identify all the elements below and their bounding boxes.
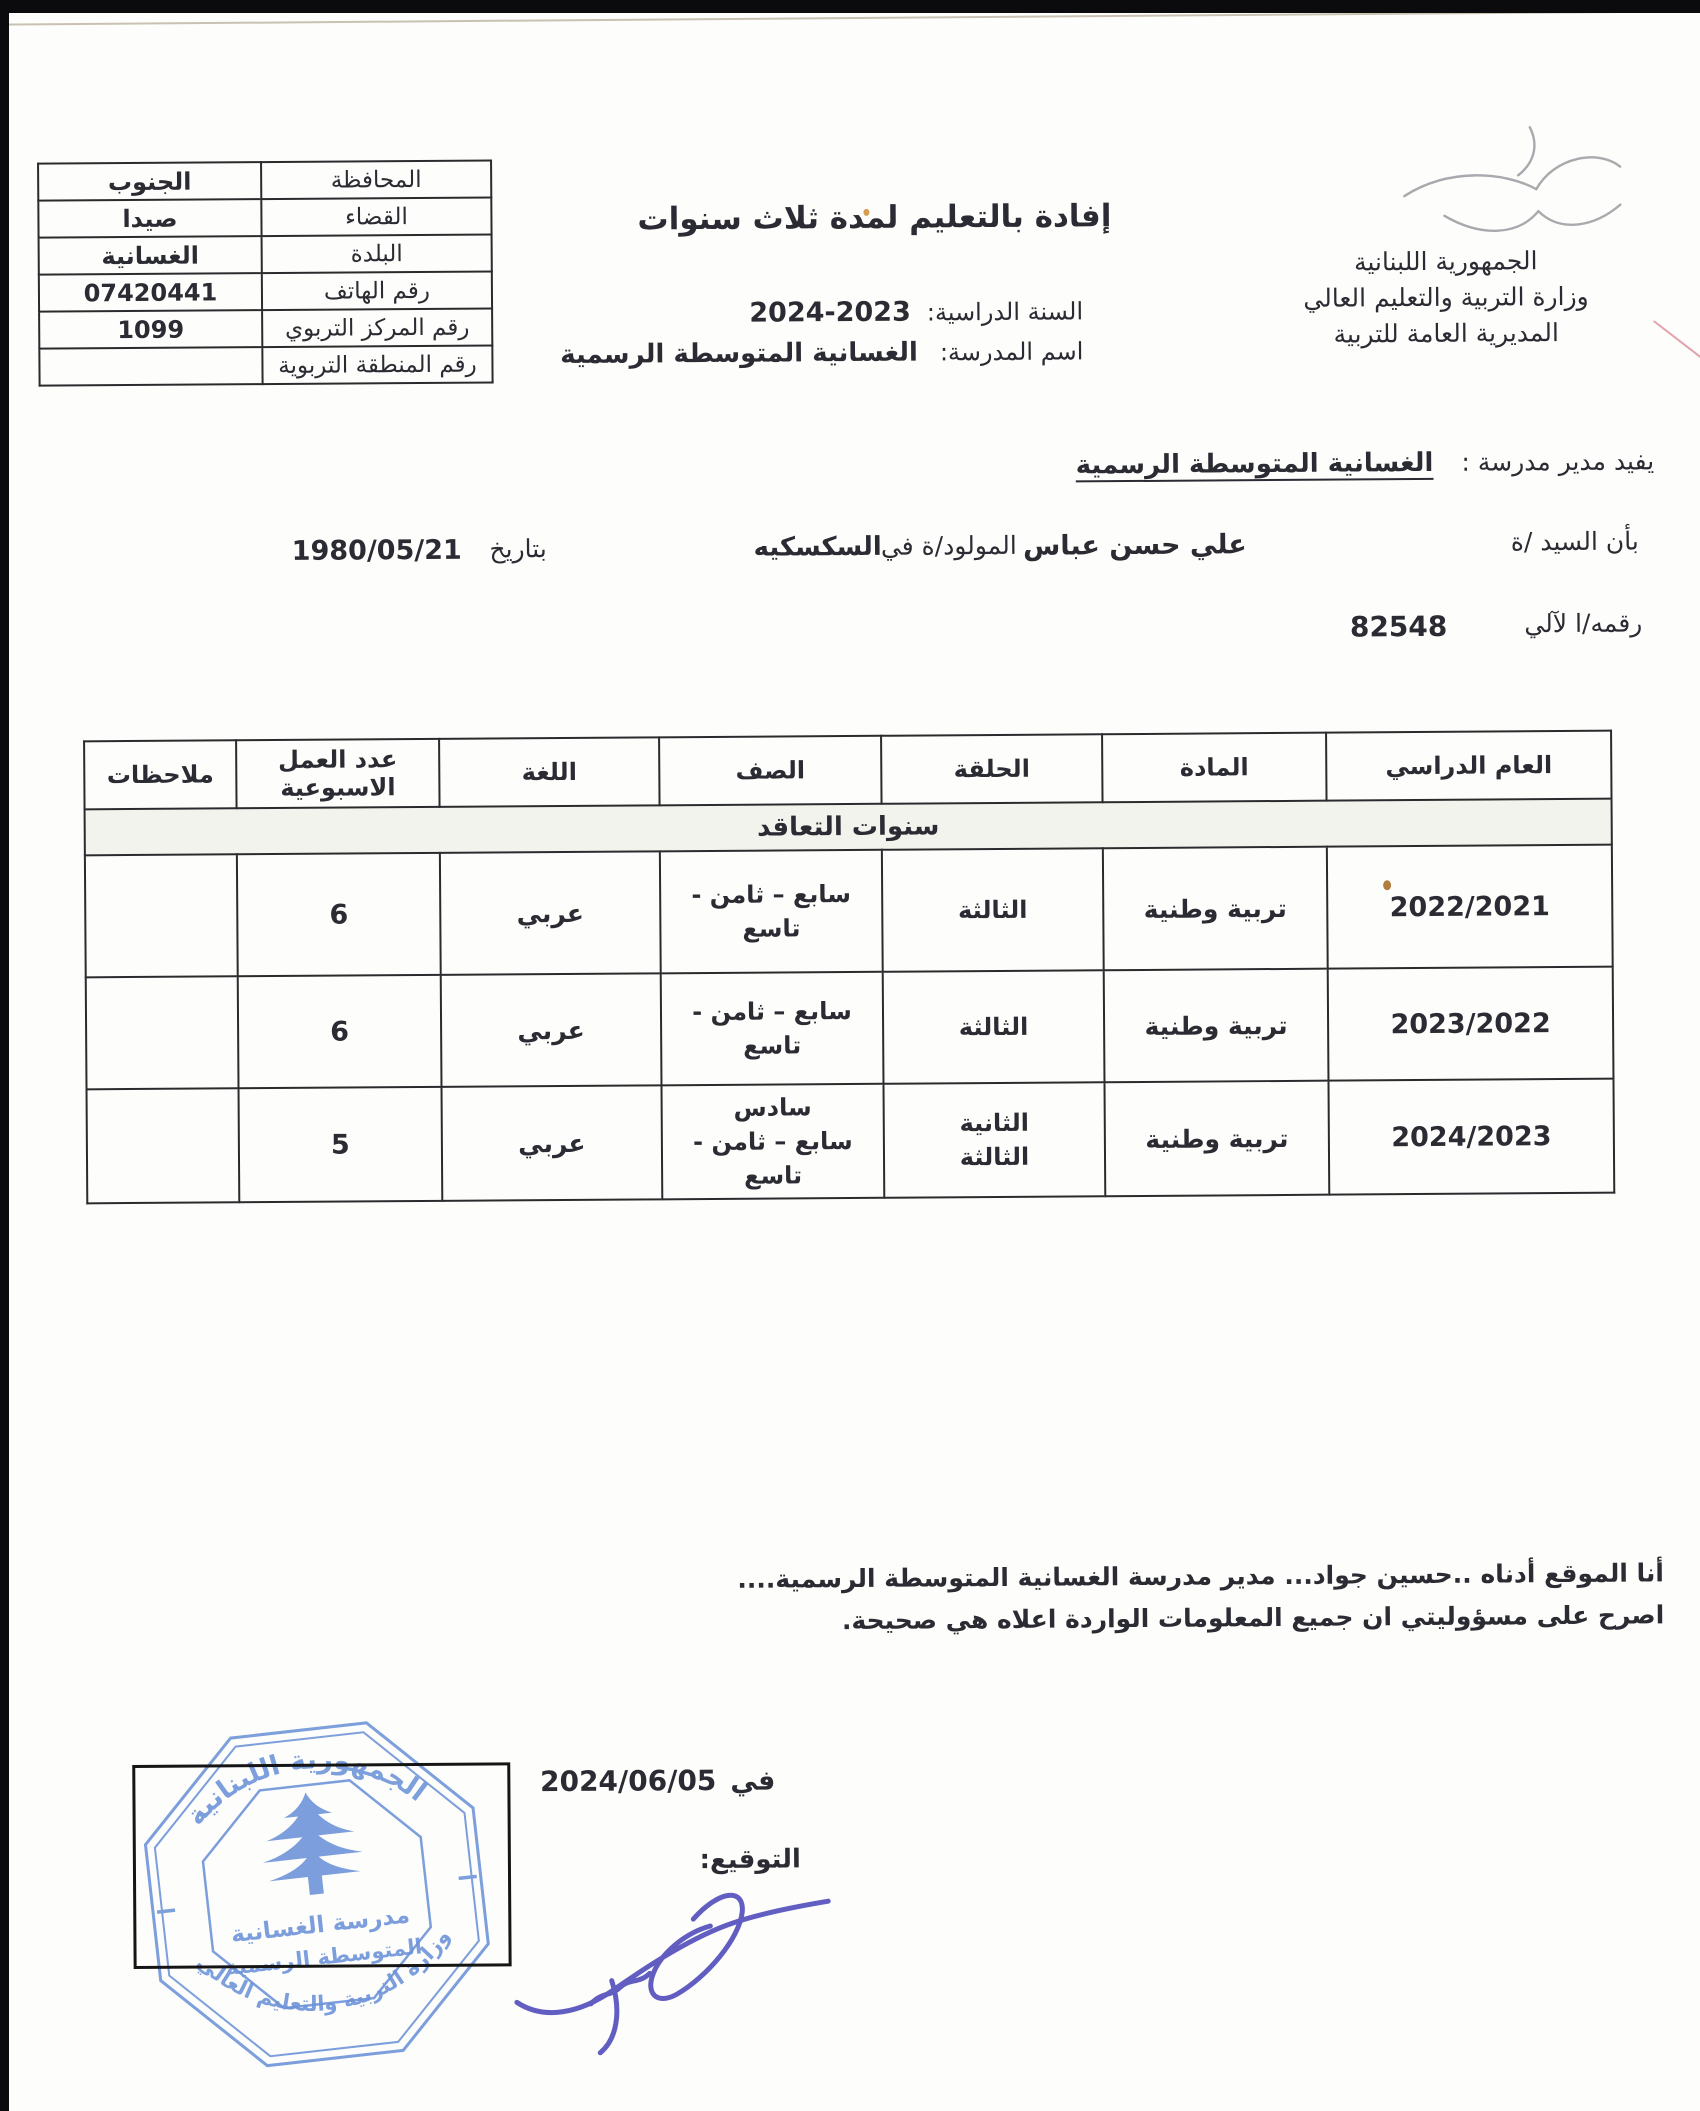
cell-weekly-hours: 6 <box>237 853 441 976</box>
info-value-region-number <box>39 347 262 386</box>
declaration-block: أنا الموقع أدناه ..حسين جواد... مدير مدر… <box>524 1552 1665 1644</box>
cell-year: 2024/2023 <box>1328 1079 1614 1195</box>
info-value-phone: 07420441 <box>39 273 262 312</box>
scan-scratch-mark <box>1653 320 1700 358</box>
col-header-weekly-hours: عدد العمل الاسبوعية <box>236 739 439 808</box>
handwritten-signature <box>498 1878 844 2060</box>
school-name-line: اسم المدرسة: الغسانية المتوسطة الرسمية <box>560 336 1083 370</box>
director-statement-line: يفيد مدير مدرسة : الغسانية المتوسطة الرس… <box>1076 446 1655 480</box>
cell-notes <box>86 976 239 1089</box>
file-number-label: رقمه/ا لآلي <box>1524 608 1642 638</box>
school-name-value: الغسانية المتوسطة الرسمية <box>560 338 918 370</box>
table-row: 2024/2023 تربية وطنية الثانية الثالثة سا… <box>87 1079 1615 1204</box>
scanned-document-page: الجمهورية اللبنانية وزارة التربية والتعل… <box>0 0 1700 2111</box>
cell-grades: سادس سابع – ثامن - تاسع <box>661 1084 884 1200</box>
scan-edge-left <box>0 0 9 2111</box>
contract-years-table: سنوات التعاقد العام الدراسي المادة الحلق… <box>83 730 1615 1205</box>
info-value-governorate: الجنوب <box>38 162 261 201</box>
born-label: المولود/ة في <box>881 531 1017 561</box>
school-name-label: اسم المدرسة: <box>940 337 1084 366</box>
col-header-notes: ملاحظات <box>84 740 236 809</box>
person-label: بأن السيد /ة <box>1511 526 1639 556</box>
scan-speck <box>863 209 869 216</box>
col-header-subject: المادة <box>1102 733 1326 803</box>
cell-grades: سابع – ثامن - تاسع <box>661 972 884 1086</box>
table-row: رقم الهاتف 07420441 <box>39 271 492 311</box>
table-header-row: العام الدراسي المادة الحلقة الصف اللغة ع… <box>84 731 1611 810</box>
info-value-district: صيدا <box>38 199 261 238</box>
date-label: في <box>730 1766 775 1797</box>
cell-weekly-hours: 5 <box>239 1087 443 1202</box>
ministry-line: وزارة التربية والتعليم العالي <box>1240 278 1652 317</box>
signature-label: التوقيع: <box>699 1844 801 1875</box>
col-header-academic-year: العام الدراسي <box>1326 731 1611 801</box>
cell-subject: تربية وطنية <box>1103 847 1328 971</box>
cell-subject: تربية وطنية <box>1104 969 1329 1083</box>
info-label-district: القضاء <box>261 197 491 236</box>
school-year-line: السنة الدراسية: 2024-2023 <box>749 295 1083 328</box>
school-year-label: السنة الدراسية: <box>927 297 1083 326</box>
cell-cycle: الثالثة <box>882 848 1104 972</box>
ministry-header-block: الجمهورية اللبنانية وزارة التربية والتعل… <box>1240 242 1653 353</box>
table-row: رقم المركز التربوي 1099 <box>39 308 492 348</box>
cell-year: 2023/2022 <box>1328 967 1614 1081</box>
republic-line: الجمهورية اللبنانية <box>1240 242 1652 281</box>
cell-cycle: الثالثة <box>883 970 1105 1084</box>
cell-subject: تربية وطنية <box>1104 1081 1329 1197</box>
district-info-table: المحافظة الجنوب القضاء صيدا البلدة الغسا… <box>37 159 494 386</box>
cell-language: عربي <box>441 973 662 1087</box>
table-row: رقم المنطقة التربوية <box>39 345 492 385</box>
cell-language: عربي <box>440 851 661 975</box>
cell-notes <box>87 1088 240 1203</box>
person-name: علي حسن عباس <box>1023 529 1247 562</box>
table-row: القضاء صيدا <box>38 197 491 237</box>
cell-grades: سابع – ثامن - تاسع <box>660 850 883 974</box>
cell-weekly-hours: 6 <box>238 975 442 1088</box>
scan-edge-top <box>0 0 1700 13</box>
cell-language: عربي <box>442 1085 663 1201</box>
cell-cycle: الثانية الثالثة <box>883 1082 1105 1198</box>
file-number-value: 82548 <box>1350 610 1448 644</box>
photocopied-frame-rectangle <box>132 1762 511 1969</box>
issue-date-line: في 2024/06/05 <box>540 1764 776 1799</box>
table-row: 2023/2022 تربية وطنية الثالثة سابع – ثام… <box>86 967 1614 1090</box>
document-title: إفادة بالتعليم لمدة ثلاث سنوات <box>514 197 1234 238</box>
date-value: 2024/06/05 <box>540 1764 717 1798</box>
table-row: 2022/2021 تربية وطنية الثالثة سابع – ثام… <box>85 845 1613 978</box>
declaration-line-2: اصرح على مسؤوليتي ان جميع المعلومات الوا… <box>524 1594 1664 1644</box>
birthplace-value: السكسكيه <box>753 532 881 563</box>
cell-year: 2022/2021 <box>1327 845 1613 969</box>
col-header-language: اللغة <box>439 737 659 807</box>
birthdate-value: 1980/05/21 <box>292 535 462 567</box>
info-label-region-number: رقم المنطقة التربوية <box>262 345 492 384</box>
info-label-phone: رقم الهاتف <box>262 271 492 310</box>
info-value-center-number: 1099 <box>39 310 262 349</box>
col-header-cycle: الحلقة <box>881 734 1102 804</box>
cell-notes <box>85 854 238 977</box>
info-label-town: البلدة <box>262 234 492 273</box>
directorate-line: المديرية العامة للتربية <box>1240 314 1652 353</box>
ministry-logo-icon <box>1386 121 1631 249</box>
director-school-name: الغسانية المتوسطة الرسمية <box>1076 448 1434 480</box>
director-label: يفيد مدير مدرسة : <box>1461 446 1654 476</box>
birthdate-label: بتاريخ <box>489 534 546 563</box>
info-label-governorate: المحافظة <box>261 160 491 199</box>
table-row: البلدة الغسانية <box>39 234 492 274</box>
school-year-value: 2024-2023 <box>749 297 911 329</box>
info-value-town: الغسانية <box>39 236 262 275</box>
info-label-center-number: رقم المركز التربوي <box>262 308 492 347</box>
col-header-class: الصف <box>659 736 881 806</box>
document-content: الجمهورية اللبنانية وزارة التربية والتعل… <box>0 0 1700 2111</box>
table-row: المحافظة الجنوب <box>38 160 491 200</box>
scan-speck <box>1383 880 1391 890</box>
